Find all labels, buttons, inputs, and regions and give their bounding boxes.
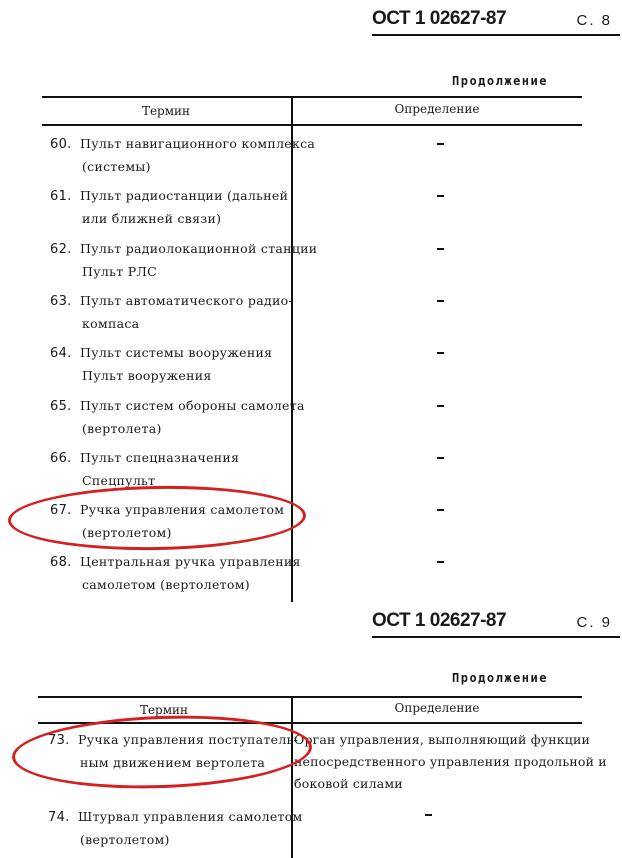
term-61: 61.Пульт радиостанции (дальнейили ближне… [50, 185, 288, 230]
column-header-term: Термин [42, 104, 290, 118]
term-68: 68.Центральная ручка управлениясамолетом… [50, 551, 301, 596]
term-64: 64.Пульт системы вооруженияПульт вооруже… [50, 342, 272, 387]
standard-code: ОСТ 1 02627-87 [372, 610, 506, 632]
definition-dash [437, 509, 444, 511]
standard-code: ОСТ 1 02627-87 [372, 8, 506, 30]
definition-dash [437, 405, 444, 407]
definition-dash [437, 143, 444, 145]
term-74: 74.Штурвал управления самолетом (вертоле… [48, 806, 303, 851]
definition-dash [437, 195, 444, 197]
definition-dash [437, 457, 444, 459]
page-number: С. 8 [576, 12, 612, 29]
page-header-8: ОСТ 1 02627-87 С. 8 [372, 4, 620, 36]
table-top-rule [38, 696, 582, 698]
definition-dash [437, 300, 444, 302]
table-top-rule [42, 96, 582, 98]
term-63: 63.Пульт автоматического радио-компаса [50, 290, 293, 335]
term-66: 66.Пульт спецназначенияСпецпульт [50, 447, 239, 492]
definition-73: Орган управления, выполняющий функции не… [294, 729, 607, 795]
term-65: 65.Пульт систем обороны самолета(вертоле… [50, 395, 305, 440]
definition-dash-74 [425, 814, 432, 816]
term-62: 62.Пульт радиолокационной станцииПульт Р… [50, 238, 317, 283]
definition-dash [437, 561, 444, 563]
column-header-definition: Определение [292, 701, 582, 715]
term-60: 60.Пульт навигационного комплекса(систем… [50, 133, 315, 178]
definition-dash [437, 248, 444, 250]
column-header-definition: Определение [292, 102, 582, 116]
page-header-9: ОСТ 1 02627-87 С. 9 [372, 606, 620, 638]
continuation-label: Продолжение [452, 74, 548, 88]
header-bottom-rule [42, 124, 582, 126]
page-number: С. 9 [576, 614, 612, 631]
definition-dash [437, 352, 444, 354]
continuation-label: Продолжение [452, 671, 548, 685]
